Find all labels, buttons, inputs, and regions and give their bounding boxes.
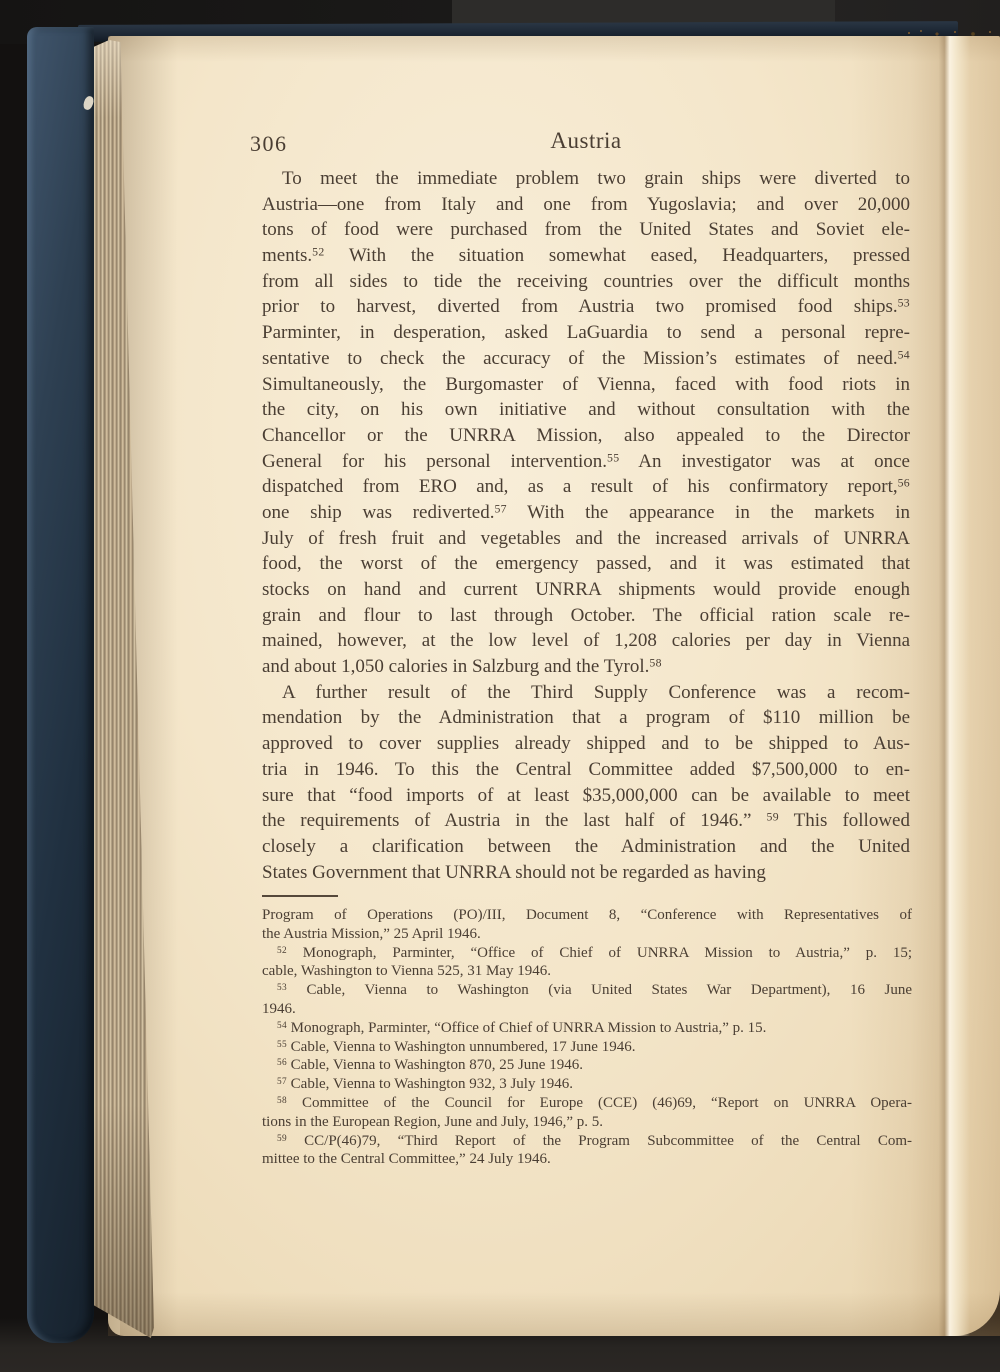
footnote-line: 54 Monograph, Parminter, “Office of Chie… (262, 1019, 912, 1038)
footnote-ref: 54 (277, 1021, 287, 1031)
footnote-line: the Austria Mission,” 25 April 1946. (262, 925, 912, 944)
body-text-line: To meet the immediate problem two grain … (262, 166, 910, 192)
body-text-line: General for his personal intervention.55… (262, 449, 910, 475)
footnote-ref: 56 (898, 477, 910, 490)
body-text-line: sentative to check the accuracy of the M… (262, 346, 910, 372)
footnote-ref: 57 (494, 503, 506, 516)
footnote-line: 57 Cable, Vienna to Washington 932, 3 Ju… (262, 1075, 912, 1094)
footnote-line: 58 Committee of the Council for Europe (… (262, 1094, 912, 1113)
body-text-line: mained, however, at the low level of 1,2… (262, 628, 910, 654)
body-text-line: States Government that UNRRA should not … (262, 860, 910, 886)
body-text-line: stocks on hand and current UNRRA shipmen… (262, 577, 910, 603)
body-text-line: one ship was rediverted.57 With the appe… (262, 500, 910, 526)
footnote-line: 1946. (262, 1000, 912, 1019)
book-photo: 306 Austria To meet the immediate proble… (0, 0, 1000, 1372)
footnote-line: 59 CC/P(46)79, “Third Report of the Prog… (262, 1132, 912, 1151)
body-text-line: the requirements of Austria in the last … (262, 808, 910, 834)
footnote-separator (262, 895, 338, 897)
body-text-line: mendation by the Administration that a p… (262, 705, 910, 731)
body-text-line: dispatched from ERO and, as a result of … (262, 474, 910, 500)
footnote-ref: 55 (277, 1039, 287, 1049)
footnote-ref: 55 (607, 451, 619, 464)
body-text-line: tons of food were purchased from the Uni… (262, 217, 910, 243)
body-text-line: tria in 1946. To this the Central Commit… (262, 757, 910, 783)
footnote-ref: 53 (277, 983, 287, 993)
footnote-line: 55 Cable, Vienna to Washington unnumbere… (262, 1038, 912, 1057)
body-text-line: sure that “food imports of at least $35,… (262, 783, 910, 809)
body-text-line: Chancellor or the UNRRA Mission, also ap… (262, 423, 910, 449)
footnote-line: 53 Cable, Vienna to Washington (via Unit… (262, 981, 912, 1000)
body-text-line: food, the worst of the emergency passed,… (262, 551, 910, 577)
footnote-line: mittee to the Central Committee,” 24 Jul… (262, 1150, 912, 1169)
body-text-line: and about 1,050 calories in Salzburg and… (262, 654, 910, 680)
footnote-ref: 56 (277, 1058, 287, 1068)
footnote-ref: 57 (277, 1077, 287, 1087)
body-text-line: ments.52 With the situation somewhat eas… (262, 243, 910, 269)
footnote-ref: 58 (277, 1096, 287, 1106)
body-text-line: July of fresh fruit and vegetables and t… (262, 526, 910, 552)
footnote-ref: 52 (277, 945, 287, 955)
page-edge-speckles (903, 26, 998, 39)
footnote-ref: 53 (898, 297, 910, 310)
footnotes: Program of Operations (PO)/III, Document… (262, 906, 912, 1169)
body-text-line: closely a clarification between the Admi… (262, 834, 910, 860)
body-text-line: Austria—one from Italy and one from Yugo… (262, 192, 910, 218)
footnote-ref: 54 (898, 349, 910, 362)
footnote-ref: 58 (649, 657, 661, 670)
body-text: To meet the immediate problem two grain … (262, 166, 910, 885)
running-header: Austria (262, 128, 910, 154)
body-text-line: from all sides to tide the receiving cou… (262, 269, 910, 295)
footnote-ref: 59 (767, 811, 779, 824)
footnote-ref: 59 (277, 1133, 287, 1143)
footnote-ref: 52 (312, 246, 324, 259)
body-text-line: Simultaneously, the Burgomaster of Vienn… (262, 372, 910, 398)
footnote-line: 52 Monograph, Parminter, “Office of Chie… (262, 944, 912, 963)
body-text-line: A further result of the Third Supply Con… (262, 680, 910, 706)
footnote-line: Program of Operations (PO)/III, Document… (262, 906, 912, 925)
body-text-line: prior to harvest, diverted from Austria … (262, 294, 910, 320)
body-text-line: approved to cover supplies already shipp… (262, 731, 910, 757)
book-cover-spine (27, 27, 94, 1343)
footnote-line: cable, Washington to Vienna 525, 31 May … (262, 962, 912, 981)
footnote-line: 56 Cable, Vienna to Washington 870, 25 J… (262, 1056, 912, 1075)
footnote-line: tions in the European Region, June and J… (262, 1113, 912, 1132)
body-text-line: Parminter, in desperation, asked LaGuard… (262, 320, 910, 346)
body-text-line: grain and flour to last through October.… (262, 603, 910, 629)
body-text-line: the city, on his own initiative and with… (262, 397, 910, 423)
